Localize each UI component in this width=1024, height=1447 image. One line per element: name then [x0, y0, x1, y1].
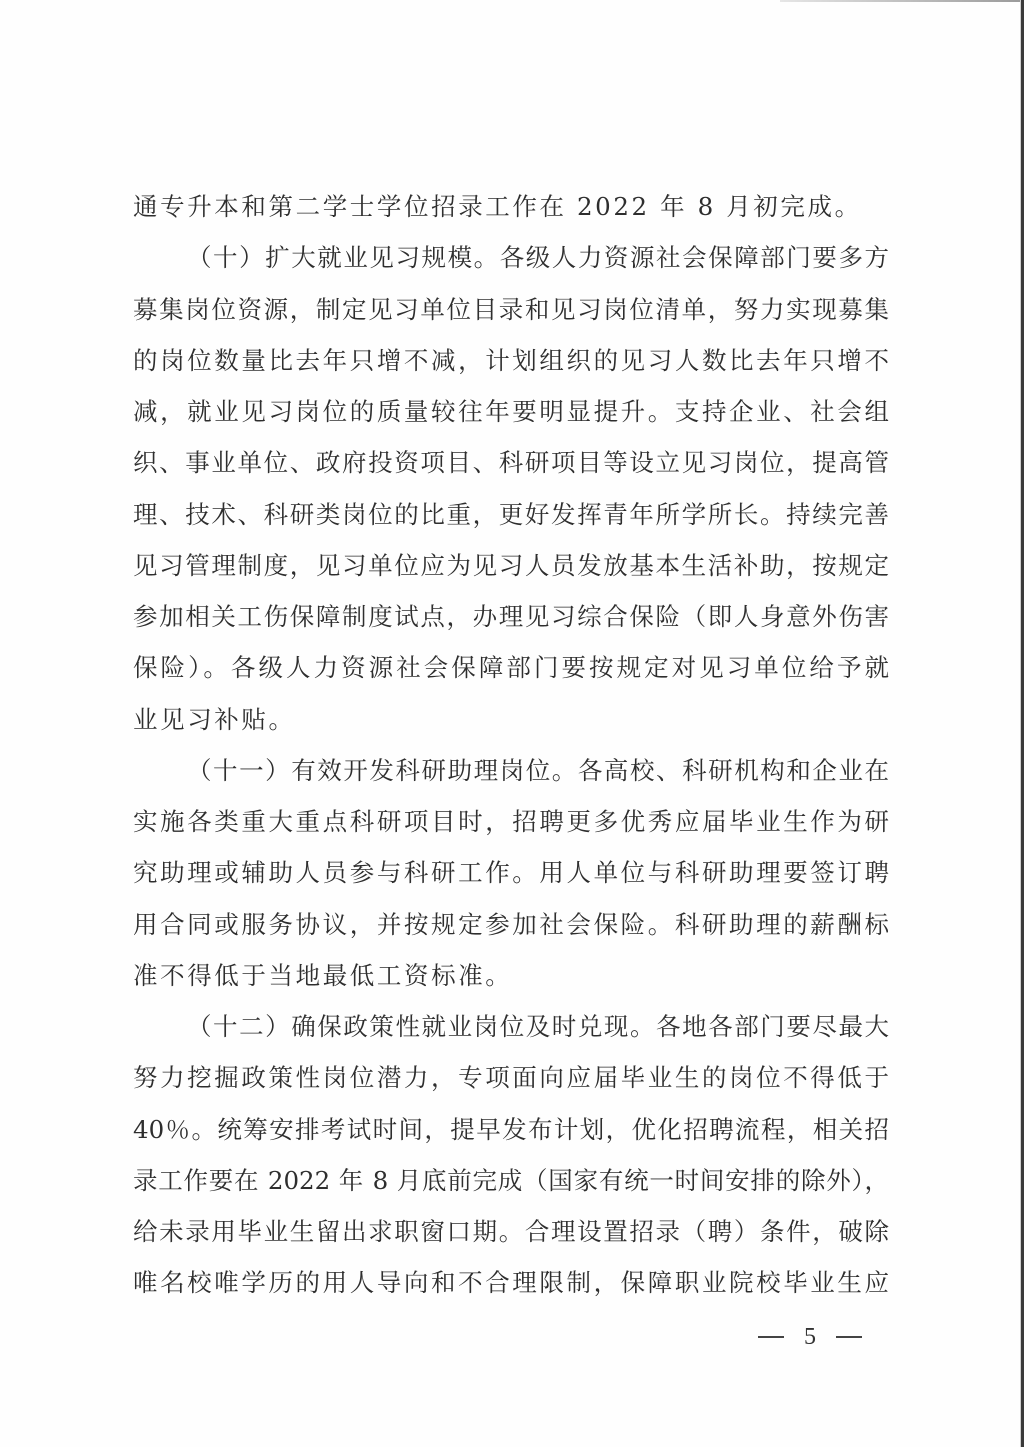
text-line: 用合同或服务协议，并按规定参加社会保险。科研助理的薪酬标 — [133, 899, 889, 950]
text-line: 见习管理制度，见习单位应为见习人员发放基本生活补助，按规定 — [133, 540, 889, 591]
document-page: 通专升本和第二学士学位招录工作在 2022 年 8 月初完成。 （十）扩大就业见… — [0, 0, 1024, 1447]
text-line: 努力挖掘政策性岗位潜力，专项面向应届毕业生的岗位不得低于 — [133, 1052, 889, 1103]
page-number-right-dash — [836, 1336, 862, 1338]
page-number: 5 — [758, 1320, 862, 1354]
text-line: 的岗位数量比去年只增不减，计划组织的见习人数比去年只增不 — [133, 335, 889, 386]
page-number-value: 5 — [804, 1320, 816, 1354]
text-line: 给未录用毕业生留出求职窗口期。合理设置招录（聘）条件，破除 — [133, 1206, 889, 1257]
body-text: 通专升本和第二学士学位招录工作在 2022 年 8 月初完成。 （十）扩大就业见… — [133, 181, 889, 1309]
text-line: 保险）。各级人力资源社会保障部门要按规定对见习单位给予就 — [133, 642, 889, 693]
text-line: 准不得低于当地最低工资标准。 — [133, 950, 889, 1001]
text-line: 录工作要在 2022 年 8 月底前完成（国家有统一时间安排的除外）， — [133, 1155, 889, 1206]
text-line: 募集岗位资源，制定见习单位目录和见习岗位清单，努力实现募集 — [133, 284, 889, 335]
text-line: 理、技术、科研类岗位的比重，更好发挥青年所学所长。持续完善 — [133, 489, 889, 540]
text-line: 实施各类重大重点科研项目时，招聘更多优秀应届毕业生作为研 — [133, 796, 889, 847]
text-line: 通专升本和第二学士学位招录工作在 2022 年 8 月初完成。 — [133, 181, 889, 232]
section-heading-line-10: （十）扩大就业见习规模。各级人力资源社会保障部门要多方 — [133, 232, 889, 283]
page-number-left-dash — [758, 1336, 784, 1338]
scan-edge-top — [780, 0, 1024, 2]
text-line: 参加相关工伤保障制度试点，办理见习综合保险（即人身意外伤害 — [133, 591, 889, 642]
text-line: 业见习补贴。 — [133, 694, 889, 745]
text-line: 究助理或辅助人员参与科研工作。用人单位与科研助理要签订聘 — [133, 847, 889, 898]
scan-edge-right — [1020, 0, 1024, 1447]
text-line: 织、事业单位、政府投资项目、科研项目等设立见习岗位，提高管 — [133, 437, 889, 488]
text-line: 40％。统筹安排考试时间，提早发布计划，优化招聘流程，相关招 — [133, 1104, 889, 1155]
section-heading-line-11: （十一）有效开发科研助理岗位。各高校、科研机构和企业在 — [133, 745, 889, 796]
section-heading-line-12: （十二）确保政策性就业岗位及时兑现。各地各部门要尽最大 — [133, 1001, 889, 1052]
text-line: 减，就业见习岗位的质量较往年要明显提升。支持企业、社会组 — [133, 386, 889, 437]
text-line: 唯名校唯学历的用人导向和不合理限制，保障职业院校毕业生应 — [133, 1257, 889, 1308]
